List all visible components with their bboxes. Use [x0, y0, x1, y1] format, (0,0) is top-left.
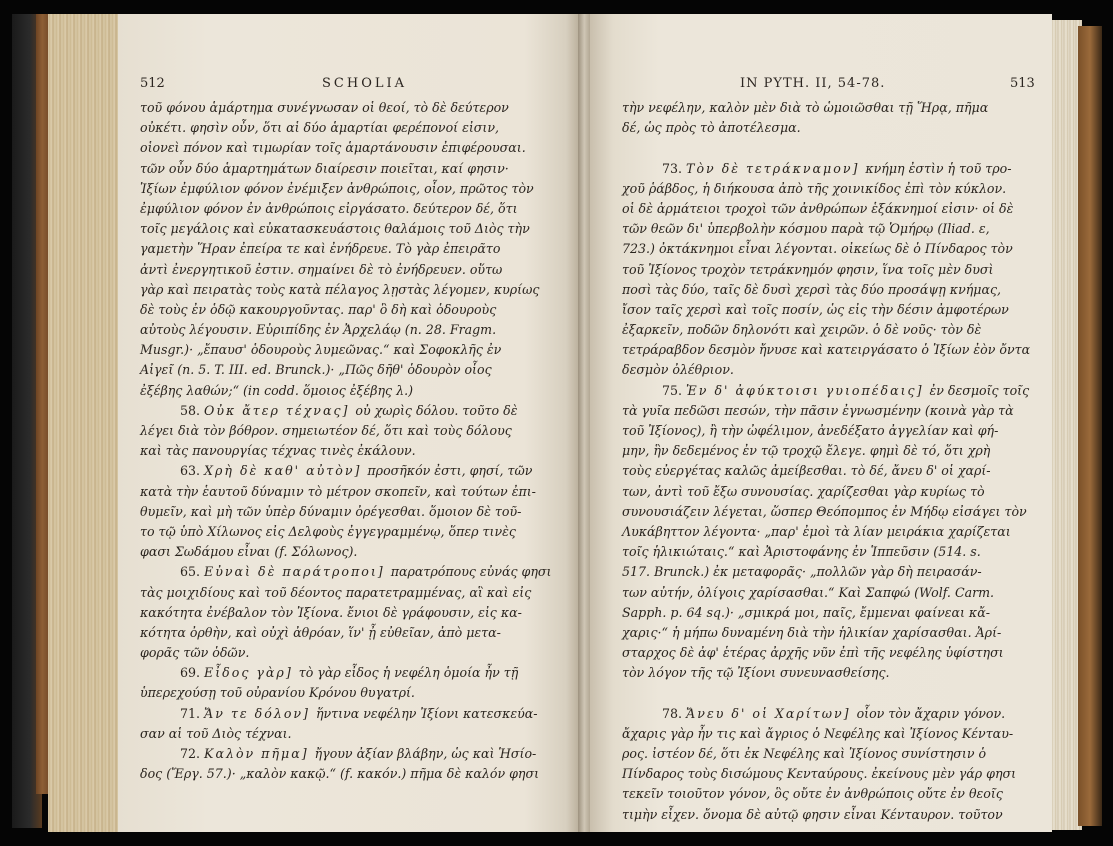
line-text: των, ἀντὶ τοῦ ἔξω συνουσίας. χαρίζεσθαι … — [622, 484, 985, 499]
line-text: μην, ἣν δεδεμένος ἐν τῷ τροχῷ ἔλεγε. φημ… — [622, 443, 990, 458]
line-text: φασι Σωδάμου εἶναι (f. Σόλωνος). — [140, 544, 357, 559]
text-line: ποσὶ τὰς δύο, ταῖς δὲ δυσὶ χερσὶ τὰς δύο… — [622, 280, 1030, 300]
text-line: τεκεῖν τοιοῦτον γόνον, ὃς οὔτε ἐν ἀνθρώπ… — [622, 784, 1030, 804]
lemma: Καλὸν πῆμα] — [204, 746, 315, 761]
lemma: Ἐν δ' ἀφύκτοισι γυιοπέδαις] — [686, 383, 929, 398]
text-line: τιμὴν εἶχεν. ὄνομα δὲ αὐτῷ φησιν εἶναι Κ… — [622, 805, 1030, 825]
line-text: τετράραβδον δεσμὸν ἤνυσε καὶ κατειργάσατ… — [622, 342, 1030, 357]
running-head: SCHOLIA — [322, 76, 407, 91]
line-text: τὸ γὰρ εἶδος ἡ νεφέλη ὁμοία ἦν τῇ — [299, 665, 519, 680]
text-line: τοῖς μεγάλοις καὶ εὐκατασκευάστοις θαλάμ… — [140, 219, 551, 239]
line-text: Ἰξίων ἐμφύλιον φόνον ἐνέμιξεν ἀνθρώποις,… — [140, 181, 534, 196]
line-number: 78. — [662, 706, 686, 721]
text-line: ἐξέβης λαθών;“ (in codd. ὅμοιος ἐξέβης λ… — [140, 381, 551, 401]
text-line: καὶ τὰς πανουργίας τέχνας τινὲς ἐκάλουν. — [140, 441, 551, 461]
line-text: ἐξέβης λαθών;“ (in codd. ὅμοιος ἐξέβης λ… — [140, 383, 413, 398]
line-text: Αἰγεῖ (n. 5. T. III. ed. Brunck.)· „Πῶς … — [140, 362, 492, 377]
line-text: οὐ χωρὶς δόλου. τοῦτο δὲ — [355, 403, 517, 418]
line-number: 75. — [662, 383, 686, 398]
text-line: κακότητα ἐνέβαλον τὸν Ἰξίονα. ἔνιοι δὲ γ… — [140, 603, 551, 623]
line-text: τὰς μοιχιδίους καὶ τοῦ δέοντος παρατετρα… — [140, 585, 531, 600]
line-text: ἐμφύλιον φόνον ἐν ἀνθρώποις εἰργάσατο. δ… — [140, 201, 518, 216]
line-text: κατὰ τὴν ἑαυτοῦ δύναμιν τὸ μέτρον σκοπεῖ… — [140, 484, 536, 499]
page-number: 512 — [140, 76, 165, 91]
line-text: προσῆκόν ἐστι, φησί, τῶν — [367, 463, 532, 478]
text-line: φορᾶς τῶν ὁδῶν. — [140, 643, 551, 663]
lemma: Εὐναὶ δὲ παράτροποι] — [204, 564, 391, 579]
line-text: τῶν οὖν δύο ἁμαρτημάτων διαίρεσιν ποιεῖτ… — [140, 161, 509, 176]
text-line: των, ἀντὶ τοῦ ἔξω συνουσίας. χαρίζεσθαι … — [622, 482, 1030, 502]
line-text: τοῦ Ἰξίονος), ἢ τὴν ὠφέλιμον, ἀνεδέξατο … — [622, 423, 998, 438]
lemma: Οὐκ ἄτερ τέχνας] — [204, 403, 355, 418]
text-line: τοῖς ἡλικιώταις.“ καὶ Ἀριστοφάνης ἐν Ἱππ… — [622, 542, 1030, 562]
line-text: τοῦ Ἰξίονος τροχὸν τετράκνημόν φησιν, ἵν… — [622, 262, 993, 277]
line-text: ἐξαρκεῖν, ποδῶν δηλονότι καὶ χειρῶν. ὁ δ… — [622, 322, 981, 337]
right-page: IN PYTH. II, 54-78. 513 τὴν νεφέλην, καλ… — [590, 14, 1052, 832]
text-line: τὸν λόγον τῆς τῷ Ἰξίονι συνευνασθείσης. — [622, 663, 1030, 683]
page-number: 513 — [1010, 76, 1035, 91]
text-line: οὐκέτι. φησὶν οὖν, ὅτι αἱ δύο ἁμαρτίαι φ… — [140, 118, 551, 138]
left-page: 512 SCHOLIA τοῦ φόνου ἁμάρτημα συνέγνωσα… — [118, 14, 580, 832]
lemma: Τὸν δὲ τετράκναμον] — [686, 161, 865, 176]
line-text: δος (Ἔργ. 57.)· „καλὸν κακῷ.“ (f. κακόν.… — [140, 766, 539, 781]
text-line: ἐμφύλιον φόνον ἐν ἀνθρώποις εἰργάσατο. δ… — [140, 199, 551, 219]
line-text: ἴσον ταῖς χερσὶ καὶ τοῖς ποσίν, ὡς εἰς τ… — [622, 302, 1009, 317]
text-line: γὰρ καὶ πειρατὰς τοὺς κατὰ πέλαγος λῃστὰ… — [140, 280, 551, 300]
text-line: κατὰ τὴν ἑαυτοῦ δύναμιν τὸ μέτρον σκοπεῖ… — [140, 482, 551, 502]
scholion-entry: 71. Ἄν τε δόλον] ἥντινα νεφέλην Ἰξίονι κ… — [140, 704, 551, 724]
book-binding-right — [1078, 26, 1102, 826]
text-line: τοῦ Ἰξίονος τροχὸν τετράκνημόν φησιν, ἵν… — [622, 260, 1030, 280]
text-line: Sapph. p. 64 sq.)· „σμικρά μοι, παῖς, ἔμ… — [622, 603, 1030, 623]
text-line: ὑπερεχούσῃ τοῦ οὐρανίου Κρόνου θυγατρί. — [140, 683, 551, 703]
line-text: χοῦ ῥάβδος, ἡ διήκουσα ἀπὸ τῆς χοινικίδο… — [622, 181, 1006, 196]
line-text: δὲ τοὺς ἐν ὁδῷ κακουργοῦντας. παρ' ὃ δὴ … — [140, 302, 496, 317]
line-text: αὐτοὺς λέγουσιν. Εὐριπίδης ἐν Ἀρχελάῳ (n… — [140, 322, 496, 337]
line-text: τὴν νεφέλην, καλὸν μὲν διὰ τὸ ὡμοιῶσθαι … — [622, 100, 988, 115]
scholion-entry: 65. Εὐναὶ δὲ παράτροποι] παρατρόπους εὐν… — [140, 562, 551, 582]
line-text: ἤγουν ἀξίαν βλάβην, ὡς καὶ Ἡσίο- — [315, 746, 537, 761]
lemma: Ἄνευ δ' οἱ Χαρίτων] — [686, 706, 857, 721]
text-line: τὴν νεφέλην, καλὸν μὲν διὰ τὸ ὡμοιῶσθαι … — [622, 98, 1030, 118]
text-line — [622, 683, 1030, 703]
text-line: τῶν οὖν δύο ἁμαρτημάτων διαίρεσιν ποιεῖτ… — [140, 159, 551, 179]
line-text: σαν αἱ τοῦ Διὸς τέχναι. — [140, 726, 292, 741]
line-text: τὸν λόγον τῆς τῷ Ἰξίονι συνευνασθείσης. — [622, 665, 890, 680]
text-line: δος (Ἔργ. 57.)· „καλὸν κακῷ.“ (f. κακόν.… — [140, 764, 551, 784]
running-head: IN PYTH. II, 54-78. — [740, 76, 885, 91]
text-line: χοῦ ῥάβδος, ἡ διήκουσα ἀπὸ τῆς χοινικίδο… — [622, 179, 1030, 199]
line-text: ἀντὶ ἐνεργητικοῦ ἐστιν. σημαίνει δὲ τὸ ἐ… — [140, 262, 502, 277]
text-line: Musgr.)· „ἔπαυσ' ὁδουροὺς λυμεῶνας.“ καὶ… — [140, 340, 551, 360]
text-line: αὐτοὺς λέγουσιν. Εὐριπίδης ἐν Ἀρχελάῳ (n… — [140, 320, 551, 340]
text-line: τοῦ φόνου ἁμάρτημα συνέγνωσαν οἱ θεοί, τ… — [140, 98, 551, 118]
line-text: κακότητα ἐνέβαλον τὸν Ἰξίονα. ἔνιοι δὲ γ… — [140, 605, 522, 620]
text-line: δέ, ὡς πρὸς τὸ ἀποτέλεσμα. — [622, 118, 1030, 138]
text-line: Ἰξίων ἐμφύλιον φόνον ἐνέμιξεν ἀνθρώποις,… — [140, 179, 551, 199]
line-text: ἥντινα νεφέλην Ἰξίονι κατεσκεύα- — [316, 706, 538, 721]
line-text: ὑπερεχούσῃ τοῦ οὐρανίου Κρόνου θυγατρί. — [140, 685, 415, 700]
text-line: τὰ γυῖα πεδῶσι πεσών, τὴν πᾶσιν ἐγνωσμέν… — [622, 401, 1030, 421]
line-text: Λυκάβηττον λέγοντα· „παρ' ἐμοὶ τὰ λίαν μ… — [622, 524, 1011, 539]
scholion-entry: 75. Ἐν δ' ἀφύκτοισι γυιοπέδαις] ἐν δεσμο… — [622, 381, 1030, 401]
text-line: των αὐτήν, ὀλίγοις χαρίσασθαι.“ Καὶ Σαπφ… — [622, 583, 1030, 603]
line-text: φορᾶς τῶν ὁδῶν. — [140, 645, 249, 660]
text-line: 517. Brunck.) ἐκ μεταφορᾶς· „πολλῶν γὰρ … — [622, 562, 1030, 582]
text-line: δεσμὸν ὀλέθριον. — [622, 360, 1030, 380]
page-stack-left — [48, 14, 128, 832]
text-line: τὰς μοιχιδίους καὶ τοῦ δέοντος παρατετρα… — [140, 583, 551, 603]
line-number: 71. — [180, 706, 204, 721]
line-text: ἄχαρις γὰρ ἦν τις καὶ ἄγριος ὁ Νεφέλης κ… — [622, 726, 1013, 741]
line-number: 63. — [180, 463, 204, 478]
text-line: ἀντὶ ἐνεργητικοῦ ἐστιν. σημαίνει δὲ τὸ ἐ… — [140, 260, 551, 280]
line-text: παρατρόπους εὐνάς φησι — [391, 564, 552, 579]
scholion-entry: 63. Χρὴ δὲ καθ' αὐτὸν] προσῆκόν ἐστι, φη… — [140, 461, 551, 481]
scholion-entry: 73. Τὸν δὲ τετράκναμον] κνήμη ἐστὶν ἡ το… — [622, 159, 1030, 179]
lemma: Χρὴ δὲ καθ' αὐτὸν] — [204, 463, 367, 478]
line-text: σταρχος δὲ ἀφ' ἑτέρας ἀρχῆς νῦν ἐπὶ τῆς … — [622, 645, 1004, 660]
line-text: τοὺς εὐεργέτας καλῶς ἀμείβεσθαι. τὸ δέ, … — [622, 463, 991, 478]
text-line: Πίνδαρος τοὺς δισώμους Κενταύρους. ἐκείν… — [622, 764, 1030, 784]
line-text: οἱ δὲ ἁρμάτειοι τροχοὶ τῶν ἀνθρώπων ἑξάκ… — [622, 201, 1013, 216]
scholion-entry: 78. Ἄνευ δ' οἱ Χαρίτων] οἷον τὸν ἄχαριν … — [622, 704, 1030, 724]
line-number: 73. — [662, 161, 686, 176]
line-text: τιμὴν εἶχεν. ὄνομα δὲ αὐτῷ φησιν εἶναι Κ… — [622, 807, 1003, 822]
line-number: 69. — [180, 665, 204, 680]
text-line: ἄχαρις γὰρ ἦν τις καὶ ἄγριος ὁ Νεφέλης κ… — [622, 724, 1030, 744]
page-text: τοῦ φόνου ἁμάρτημα συνέγνωσαν οἱ θεοί, τ… — [140, 98, 551, 784]
text-line: Λυκάβηττον λέγοντα· „παρ' ἐμοὶ τὰ λίαν μ… — [622, 522, 1030, 542]
line-text: 517. Brunck.) ἐκ μεταφορᾶς· „πολλῶν γὰρ … — [622, 564, 982, 579]
line-text: τοῖς ἡλικιώταις.“ καὶ Ἀριστοφάνης ἐν Ἱππ… — [622, 544, 981, 559]
line-text: ποσὶ τὰς δύο, ταῖς δὲ δυσὶ χερσὶ τὰς δύο… — [622, 282, 1001, 297]
text-line: ἐξαρκεῖν, ποδῶν δηλονότι καὶ χειρῶν. ὁ δ… — [622, 320, 1030, 340]
lemma: Εἶδος γὰρ] — [204, 665, 299, 680]
text-line: το τῷ ὑπὸ Χίλωνος εἰς Δελφοὺς ἐγγεγραμμέ… — [140, 522, 551, 542]
text-line: συνουσιάζειν λέγεται, ὥσπερ Θεόπομπος ἐν… — [622, 502, 1030, 522]
text-line: λέγει διὰ τὸν βόθρον. σημειωτέον δέ, ὅτι… — [140, 421, 551, 441]
line-text: δεσμὸν ὀλέθριον. — [622, 362, 734, 377]
text-line: ρος. ἰστέον δέ, ὅτι ἐκ Νεφέλης καὶ Ἰξίον… — [622, 744, 1030, 764]
text-line: τοῦ Ἰξίονος), ἢ τὴν ὠφέλιμον, ἀνεδέξατο … — [622, 421, 1030, 441]
line-text: κνήμη ἐστὶν ἡ τοῦ τρο- — [865, 161, 1011, 176]
text-line: οἱονεὶ πόνον καὶ τιμωρίαν τοῖς ἁμαρτάνου… — [140, 138, 551, 158]
text-line: Αἰγεῖ (n. 5. T. III. ed. Brunck.)· „Πῶς … — [140, 360, 551, 380]
lemma: Ἄν τε δόλον] — [204, 706, 316, 721]
line-number: 72. — [180, 746, 204, 761]
text-line: σταρχος δὲ ἀφ' ἑτέρας ἀρχῆς νῦν ἐπὶ τῆς … — [622, 643, 1030, 663]
line-text: Musgr.)· „ἔπαυσ' ὁδουροὺς λυμεῶνας.“ καὶ… — [140, 342, 501, 357]
line-text: τεκεῖν τοιοῦτον γόνον, ὃς οὔτε ἐν ἀνθρώπ… — [622, 786, 1003, 801]
line-text: γαμετὴν Ἥραν ἐπείρα τε καὶ ἐνήδρευε. Τὸ … — [140, 241, 500, 256]
line-text: τοῖς μεγάλοις καὶ εὐκατασκευάστοις θαλάμ… — [140, 221, 530, 236]
text-line: θυμεῖν, καὶ μὴ τῶν ὑπὲρ δύναμιν ὀρέγεσθα… — [140, 502, 551, 522]
line-text: Sapph. p. 64 sq.)· „σμικρά μοι, παῖς, ἔμ… — [622, 605, 990, 620]
text-line: γαμετὴν Ἥραν ἐπείρα τε καὶ ἐνήδρευε. Τὸ … — [140, 239, 551, 259]
line-text: τοῦ φόνου ἁμάρτημα συνέγνωσαν οἱ θεοί, τ… — [140, 100, 509, 115]
text-line: δὲ τοὺς ἐν ὁδῷ κακουργοῦντας. παρ' ὃ δὴ … — [140, 300, 551, 320]
text-line: φασι Σωδάμου εἶναι (f. Σόλωνος). — [140, 542, 551, 562]
line-text: τὰ γυῖα πεδῶσι πεσών, τὴν πᾶσιν ἐγνωσμέν… — [622, 403, 1014, 418]
open-book: 512 SCHOLIA τοῦ φόνου ἁμάρτημα συνέγνωσα… — [10, 12, 1104, 834]
line-text: θυμεῖν, καὶ μὴ τῶν ὑπὲρ δύναμιν ὀρέγεσθα… — [140, 504, 521, 519]
text-line: ἴσον ταῖς χερσὶ καὶ τοῖς ποσίν, ὡς εἰς τ… — [622, 300, 1030, 320]
text-line: κότητα ὀρθὴν, καὶ οὐχὶ ἀθρόαν, ἵν' ᾖ εὐθ… — [140, 623, 551, 643]
line-text: τῶν θεῶν δι' ὑπερβολὴν κόσμου παρὰ τῷ Ὁμ… — [622, 221, 990, 236]
text-line — [622, 138, 1030, 158]
text-line: οἱ δὲ ἁρμάτειοι τροχοὶ τῶν ἀνθρώπων ἑξάκ… — [622, 199, 1030, 219]
text-line: 723.) ὀκτάκνημοι εἶναι λέγονται. οἰκείως… — [622, 239, 1030, 259]
text-line: τῶν θεῶν δι' ὑπερβολὴν κόσμου παρὰ τῷ Ὁμ… — [622, 219, 1030, 239]
text-line: χαρις·“ ἡ μήπω δυναμένη διὰ τὴν ἡλικίαν … — [622, 623, 1030, 643]
line-text: ἐν δεσμοῖς τοῖς — [930, 383, 1030, 398]
text-line: τετράραβδον δεσμὸν ἤνυσε καὶ κατειργάσατ… — [622, 340, 1030, 360]
line-text: συνουσιάζειν λέγεται, ὥσπερ Θεόπομπος ἐν… — [622, 504, 1027, 519]
line-text: ρος. ἰστέον δέ, ὅτι ἐκ Νεφέλης καὶ Ἰξίον… — [622, 746, 986, 761]
text-line: μην, ἣν δεδεμένος ἐν τῷ τροχῷ ἔλεγε. φημ… — [622, 441, 1030, 461]
line-number: 65. — [180, 564, 204, 579]
line-text: των αὐτήν, ὀλίγοις χαρίσασθαι.“ Καὶ Σαπφ… — [622, 585, 994, 600]
line-text: οὐκέτι. φησὶν οὖν, ὅτι αἱ δύο ἁμαρτίαι φ… — [140, 120, 499, 135]
text-line: τοὺς εὐεργέτας καλῶς ἀμείβεσθαι. τὸ δέ, … — [622, 461, 1030, 481]
line-text: χαρις·“ ἡ μήπω δυναμένη διὰ τὴν ἡλικίαν … — [622, 625, 1001, 640]
page-text: τὴν νεφέλην, καλὸν μὲν διὰ τὸ ὡμοιῶσθαι … — [622, 98, 1030, 825]
line-text: κότητα ὀρθὴν, καὶ οὐχὶ ἀθρόαν, ἵν' ᾖ εὐθ… — [140, 625, 501, 640]
line-text: το τῷ ὑπὸ Χίλωνος εἰς Δελφοὺς ἐγγεγραμμέ… — [140, 524, 516, 539]
scholion-entry: 69. Εἶδος γὰρ] τὸ γὰρ εἶδος ἡ νεφέλη ὁμο… — [140, 663, 551, 683]
line-text: 723.) ὀκτάκνημοι εἶναι λέγονται. οἰκείως… — [622, 241, 1013, 256]
line-text: δέ, ὡς πρὸς τὸ ἀποτέλεσμα. — [622, 120, 801, 135]
line-text: Πίνδαρος τοὺς δισώμους Κενταύρους. ἐκείν… — [622, 766, 1016, 781]
line-text: οἱονεὶ πόνον καὶ τιμωρίαν τοῖς ἁμαρτάνου… — [140, 140, 526, 155]
text-line: σαν αἱ τοῦ Διὸς τέχναι. — [140, 724, 551, 744]
line-text: οἷον τὸν ἄχαριν γόνον. — [857, 706, 1006, 721]
line-text: καὶ τὰς πανουργίας τέχνας τινὲς ἐκάλουν. — [140, 443, 416, 458]
line-text: λέγει διὰ τὸν βόθρον. σημειωτέον δέ, ὅτι… — [140, 423, 512, 438]
scholion-entry: 58. Οὐκ ἄτερ τέχνας] οὐ χωρὶς δόλου. τοῦ… — [140, 401, 551, 421]
scholion-entry: 72. Καλὸν πῆμα] ἤγουν ἀξίαν βλάβην, ὡς κ… — [140, 744, 551, 764]
line-number: 58. — [180, 403, 204, 418]
line-text: γὰρ καὶ πειρατὰς τοὺς κατὰ πέλαγος λῃστὰ… — [140, 282, 539, 297]
